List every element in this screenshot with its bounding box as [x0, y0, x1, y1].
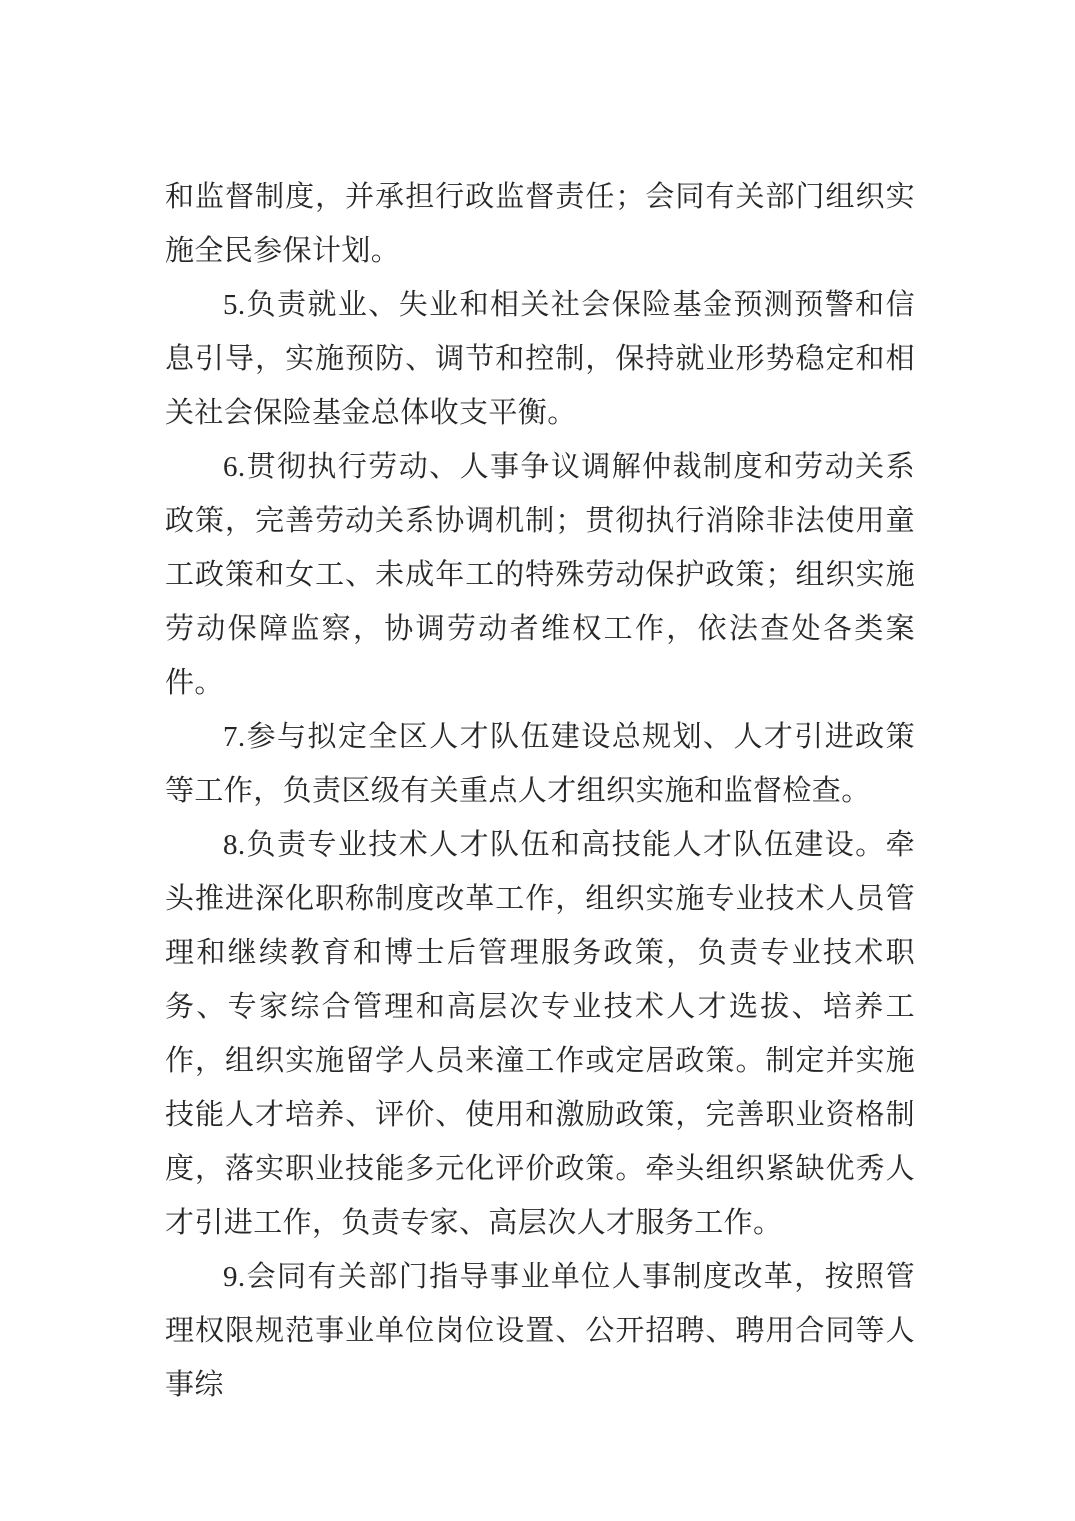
paragraph-continuation: 和监督制度，并承担行政监督责任；会同有关部门组织实施全民参保计划。 — [165, 170, 915, 278]
paragraph-item-8: 8.负责专业技术人才队伍和高技能人才队伍建设。牵头推进深化职称制度改革工作，组织… — [165, 818, 915, 1250]
paragraph-item-5: 5.负责就业、失业和相关社会保险基金预测预警和信息引导，实施预防、调节和控制，保… — [165, 278, 915, 440]
paragraph-item-7: 7.参与拟定全区人才队伍建设总规划、人才引进政策等工作，负责区级有关重点人才组织… — [165, 710, 915, 818]
paragraph-item-6: 6.贯彻执行劳动、人事争议调解仲裁制度和劳动关系政策，完善劳动关系协调机制；贯彻… — [165, 440, 915, 710]
document-page: 和监督制度，并承担行政监督责任；会同有关部门组织实施全民参保计划。 5.负责就业… — [0, 0, 1075, 1521]
document-body: 和监督制度，并承担行政监督责任；会同有关部门组织实施全民参保计划。 5.负责就业… — [165, 170, 915, 1412]
paragraph-item-9: 9.会同有关部门指导事业单位人事制度改革，按照管理权限规范事业单位岗位设置、公开… — [165, 1250, 915, 1412]
